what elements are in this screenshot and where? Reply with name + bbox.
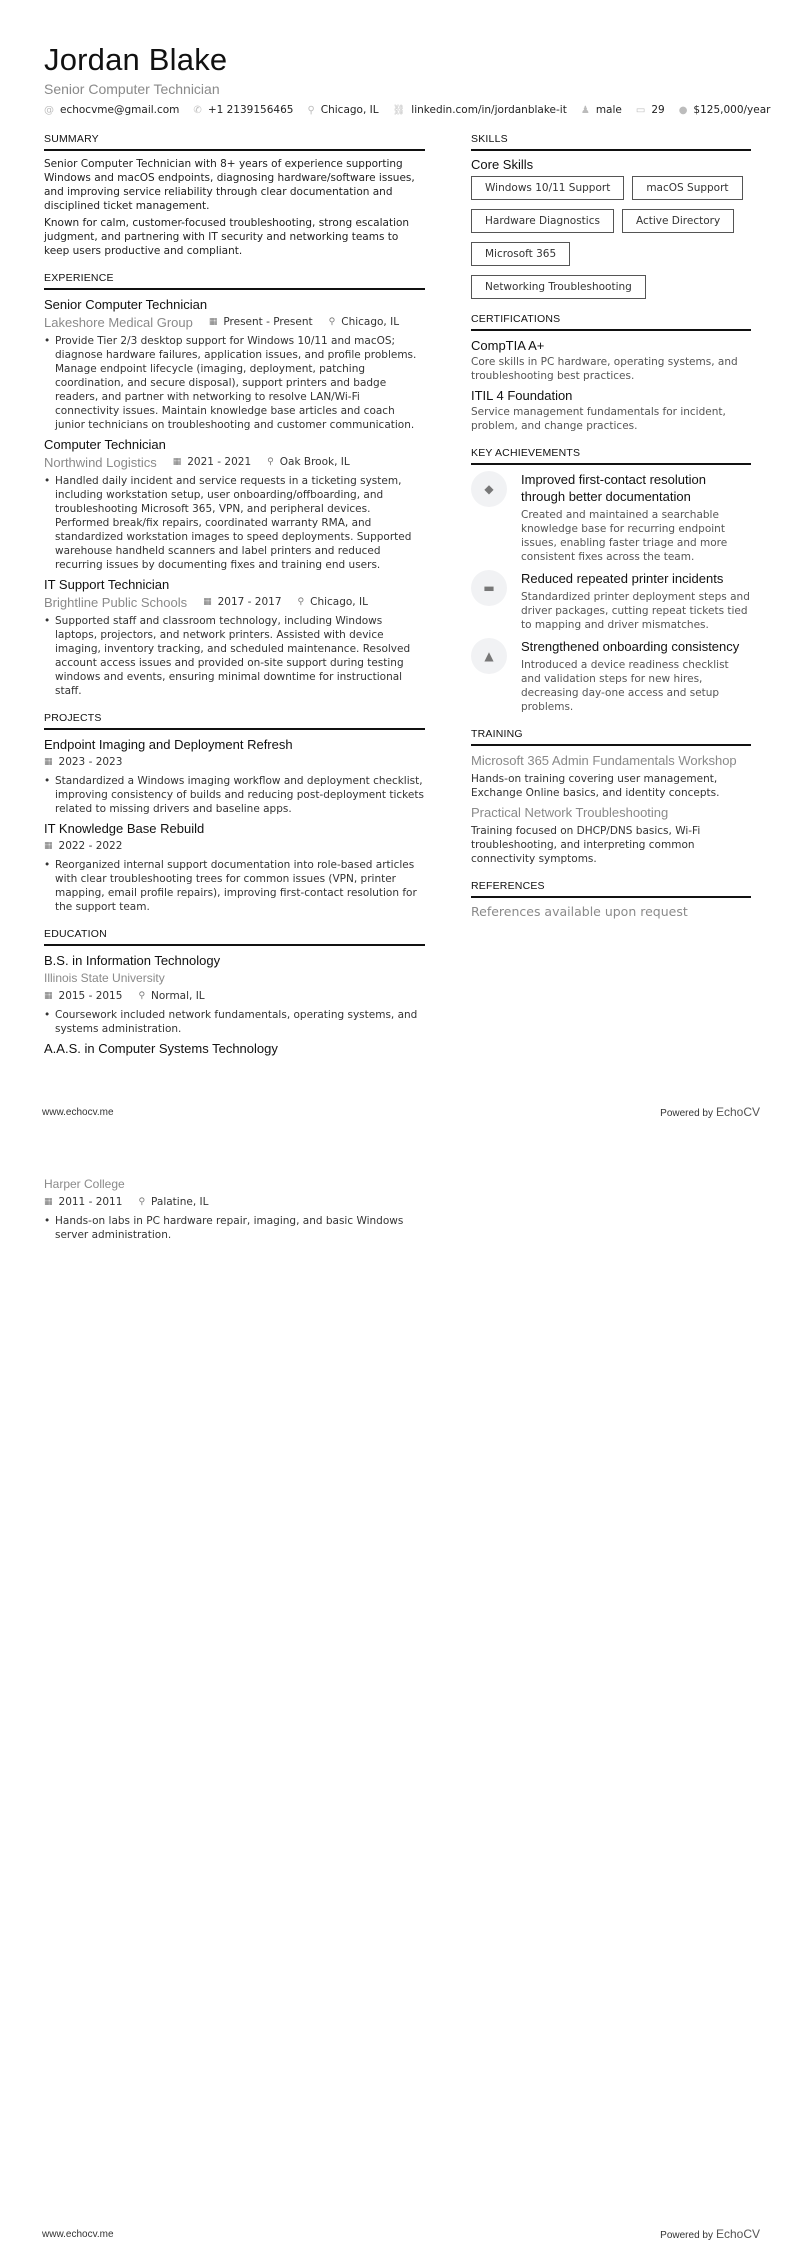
achievement-item: ◆ Improved first-contact resolution thro… xyxy=(471,471,751,564)
page-footer: www.echocv.me Powered byEchoCV xyxy=(42,2227,760,2241)
skill-group-title: Core Skills xyxy=(471,157,751,172)
skill-chip: Networking Troubleshooting xyxy=(471,275,646,299)
contact-linkedin[interactable]: ⛓linkedin.com/in/jordanblake-it xyxy=(393,104,567,116)
experience-item: Senior Computer Technician Lakeshore Med… xyxy=(44,296,425,432)
school-name: Illinois State University xyxy=(44,970,165,987)
section-heading: EXPERIENCE xyxy=(44,272,425,290)
footer-site-link[interactable]: www.echocv.me xyxy=(42,2229,114,2240)
achievement-title: Strengthened onboarding consistency xyxy=(521,638,751,655)
skill-chip: macOS Support xyxy=(632,176,742,200)
school-name: Harper College xyxy=(44,1176,125,1193)
at-icon: @ xyxy=(44,105,54,116)
degree-title: A.A.S. in Computer Systems Technology xyxy=(44,1040,425,1057)
skills-section: SKILLS Core Skills Windows 10/11 Support… xyxy=(471,133,751,299)
resume-header: Jordan Blake Senior Computer Technician … xyxy=(44,42,764,116)
cert-desc: Core skills in PC hardware, operating sy… xyxy=(471,355,751,383)
page-footer: www.echocv.me Powered byEchoCV xyxy=(42,1105,760,1119)
job-location: ⚲Chicago, IL xyxy=(329,314,399,331)
experience-item: IT Support Technician Brightline Public … xyxy=(44,576,425,698)
location-icon: ⚲ xyxy=(307,105,314,116)
achievement-title: Improved first-contact resolution throug… xyxy=(521,471,751,505)
references-text: References available upon request xyxy=(471,904,751,920)
briefcase-icon: ▬ xyxy=(471,570,507,606)
education-location: ⚲Palatine, IL xyxy=(138,1194,208,1211)
phone-icon: ✆ xyxy=(193,105,201,116)
skill-chip: Hardware Diagnostics xyxy=(471,209,614,233)
project-bullet: Reorganized internal support documentati… xyxy=(44,858,425,914)
project-title: IT Knowledge Base Rebuild xyxy=(44,820,425,837)
training-desc: Hands-on training covering user manageme… xyxy=(471,772,751,800)
job-location: ⚲Oak Brook, IL xyxy=(267,454,350,471)
education-dates: ▦2011 - 2011 xyxy=(44,1194,122,1211)
footer-powered: Powered byEchoCV xyxy=(660,1105,760,1119)
job-title: IT Support Technician xyxy=(44,576,425,593)
contact-email[interactable]: @echocvme@gmail.com xyxy=(44,104,179,116)
job-dates: ▦Present - Present xyxy=(209,314,313,331)
project-item: Endpoint Imaging and Deployment Refresh … xyxy=(44,736,425,816)
location-icon: ⚲ xyxy=(267,454,274,471)
company-name: Brightline Public Schools xyxy=(44,594,187,611)
education-location: ⚲Normal, IL xyxy=(138,988,204,1005)
cube-icon: ◆ xyxy=(471,471,507,507)
project-title: Endpoint Imaging and Deployment Refresh xyxy=(44,736,425,753)
section-heading: CERTIFICATIONS xyxy=(471,313,751,331)
project-dates: ▦2023 - 2023 xyxy=(44,754,122,771)
achievement-title: Reduced repeated printer incidents xyxy=(521,570,751,587)
achievements-section: KEY ACHIEVEMENTS ◆ Improved first-contac… xyxy=(471,447,751,714)
training-title: Practical Network Troubleshooting xyxy=(471,804,751,822)
calendar-icon: ▦ xyxy=(44,838,53,855)
left-column: SUMMARY Senior Computer Technician with … xyxy=(44,133,425,1071)
salary-icon: ● xyxy=(679,105,688,116)
achievement-desc: Introduced a device readiness checklist … xyxy=(521,658,751,714)
education-section: EDUCATION B.S. in Information Technology… xyxy=(44,928,425,1057)
section-heading: TRAINING xyxy=(471,728,751,746)
calendar-icon: ▦ xyxy=(44,754,53,771)
contact-gender: ♟male xyxy=(581,104,622,116)
footer-powered: Powered byEchoCV xyxy=(660,2227,760,2241)
footer-brand[interactable]: EchoCV xyxy=(716,1105,760,1119)
footer-brand[interactable]: EchoCV xyxy=(716,2227,760,2241)
cert-desc: Service management fundamentals for inci… xyxy=(471,405,751,433)
location-icon: ⚲ xyxy=(138,988,145,1005)
training-section: TRAINING Microsoft 365 Admin Fundamental… xyxy=(471,728,751,866)
education-continuation: Harper College ▦2011 - 2011 ⚲Palatine, I… xyxy=(44,1175,425,1246)
job-bullet: Supported staff and classroom technology… xyxy=(44,614,425,698)
contact-phone[interactable]: ✆+1 2139156465 xyxy=(193,104,293,116)
education-bullet: Coursework included network fundamentals… xyxy=(44,1008,425,1036)
certifications-section: CERTIFICATIONS CompTIA A+ Core skills in… xyxy=(471,313,751,433)
section-heading: PROJECTS xyxy=(44,712,425,730)
company-name: Lakeshore Medical Group xyxy=(44,314,193,331)
section-heading: EDUCATION xyxy=(44,928,425,946)
candidate-title: Senior Computer Technician xyxy=(44,80,764,98)
experience-item: Computer Technician Northwind Logistics … xyxy=(44,436,425,572)
company-name: Northwind Logistics xyxy=(44,454,157,471)
job-dates: ▦2021 - 2021 xyxy=(173,454,251,471)
experience-section: EXPERIENCE Senior Computer Technician La… xyxy=(44,272,425,698)
achievement-item: ▲ Strengthened onboarding consistency In… xyxy=(471,638,751,714)
cert-title: CompTIA A+ xyxy=(471,337,751,355)
job-bullet: Handled daily incident and service reque… xyxy=(44,474,425,572)
education-item: A.A.S. in Computer Systems Technology xyxy=(44,1040,425,1057)
calendar-icon: ▦ xyxy=(44,988,53,1005)
job-bullet: Provide Tier 2/3 desktop support for Win… xyxy=(44,334,425,432)
calendar-icon: ▭ xyxy=(636,105,645,116)
calendar-icon: ▦ xyxy=(44,1194,53,1211)
job-title: Senior Computer Technician xyxy=(44,296,425,313)
projects-section: PROJECTS Endpoint Imaging and Deployment… xyxy=(44,712,425,914)
contact-row: @echocvme@gmail.com ✆+1 2139156465 ⚲Chic… xyxy=(44,104,764,116)
education-item: B.S. in Information Technology Illinois … xyxy=(44,952,425,1036)
cert-title: ITIL 4 Foundation xyxy=(471,387,751,405)
training-title: Microsoft 365 Admin Fundamentals Worksho… xyxy=(471,752,751,770)
link-icon: ⛓ xyxy=(393,105,406,116)
location-icon: ⚲ xyxy=(329,314,336,331)
footer-site-link[interactable]: www.echocv.me xyxy=(42,1107,114,1118)
location-icon: ⚲ xyxy=(298,594,305,611)
summary-paragraph: Senior Computer Technician with 8+ years… xyxy=(44,157,425,213)
summary-paragraph: Known for calm, customer-focused trouble… xyxy=(44,216,425,258)
location-icon: ⚲ xyxy=(138,1194,145,1211)
job-title: Computer Technician xyxy=(44,436,425,453)
calendar-icon: ▦ xyxy=(209,314,218,331)
calendar-icon: ▦ xyxy=(173,454,182,471)
flask-icon: ▲ xyxy=(471,638,507,674)
contact-salary: ●$125,000/year xyxy=(679,104,771,116)
training-desc: Training focused on DHCP/DNS basics, Wi-… xyxy=(471,824,751,866)
contact-location: ⚲Chicago, IL xyxy=(307,104,378,116)
project-bullet: Standardized a Windows imaging workflow … xyxy=(44,774,425,816)
skill-chip: Active Directory xyxy=(622,209,734,233)
degree-title: B.S. in Information Technology xyxy=(44,952,425,969)
achievement-desc: Standardized printer deployment steps an… xyxy=(521,590,751,632)
achievement-desc: Created and maintained a searchable know… xyxy=(521,508,751,564)
project-item: IT Knowledge Base Rebuild ▦2022 - 2022 R… xyxy=(44,820,425,914)
user-icon: ♟ xyxy=(581,105,590,116)
section-heading: REFERENCES xyxy=(471,880,751,898)
summary-section: SUMMARY Senior Computer Technician with … xyxy=(44,133,425,258)
candidate-name: Jordan Blake xyxy=(44,42,764,78)
skill-chip: Windows 10/11 Support xyxy=(471,176,624,200)
education-bullet: Hands-on labs in PC hardware repair, ima… xyxy=(44,1214,425,1242)
job-dates: ▦2017 - 2017 xyxy=(203,594,281,611)
section-heading: KEY ACHIEVEMENTS xyxy=(471,447,751,465)
achievement-item: ▬ Reduced repeated printer incidents Sta… xyxy=(471,570,751,632)
section-heading: SUMMARY xyxy=(44,133,425,151)
section-heading: SKILLS xyxy=(471,133,751,151)
education-dates: ▦2015 - 2015 xyxy=(44,988,122,1005)
right-column: SKILLS Core Skills Windows 10/11 Support… xyxy=(471,133,751,934)
contact-age: ▭29 xyxy=(636,104,665,116)
skill-chip: Microsoft 365 xyxy=(471,242,570,266)
project-dates: ▦2022 - 2022 xyxy=(44,838,122,855)
references-section: REFERENCES References available upon req… xyxy=(471,880,751,920)
job-location: ⚲Chicago, IL xyxy=(298,594,368,611)
calendar-icon: ▦ xyxy=(203,594,212,611)
skill-chips: Windows 10/11 Support macOS Support Hard… xyxy=(471,176,751,299)
